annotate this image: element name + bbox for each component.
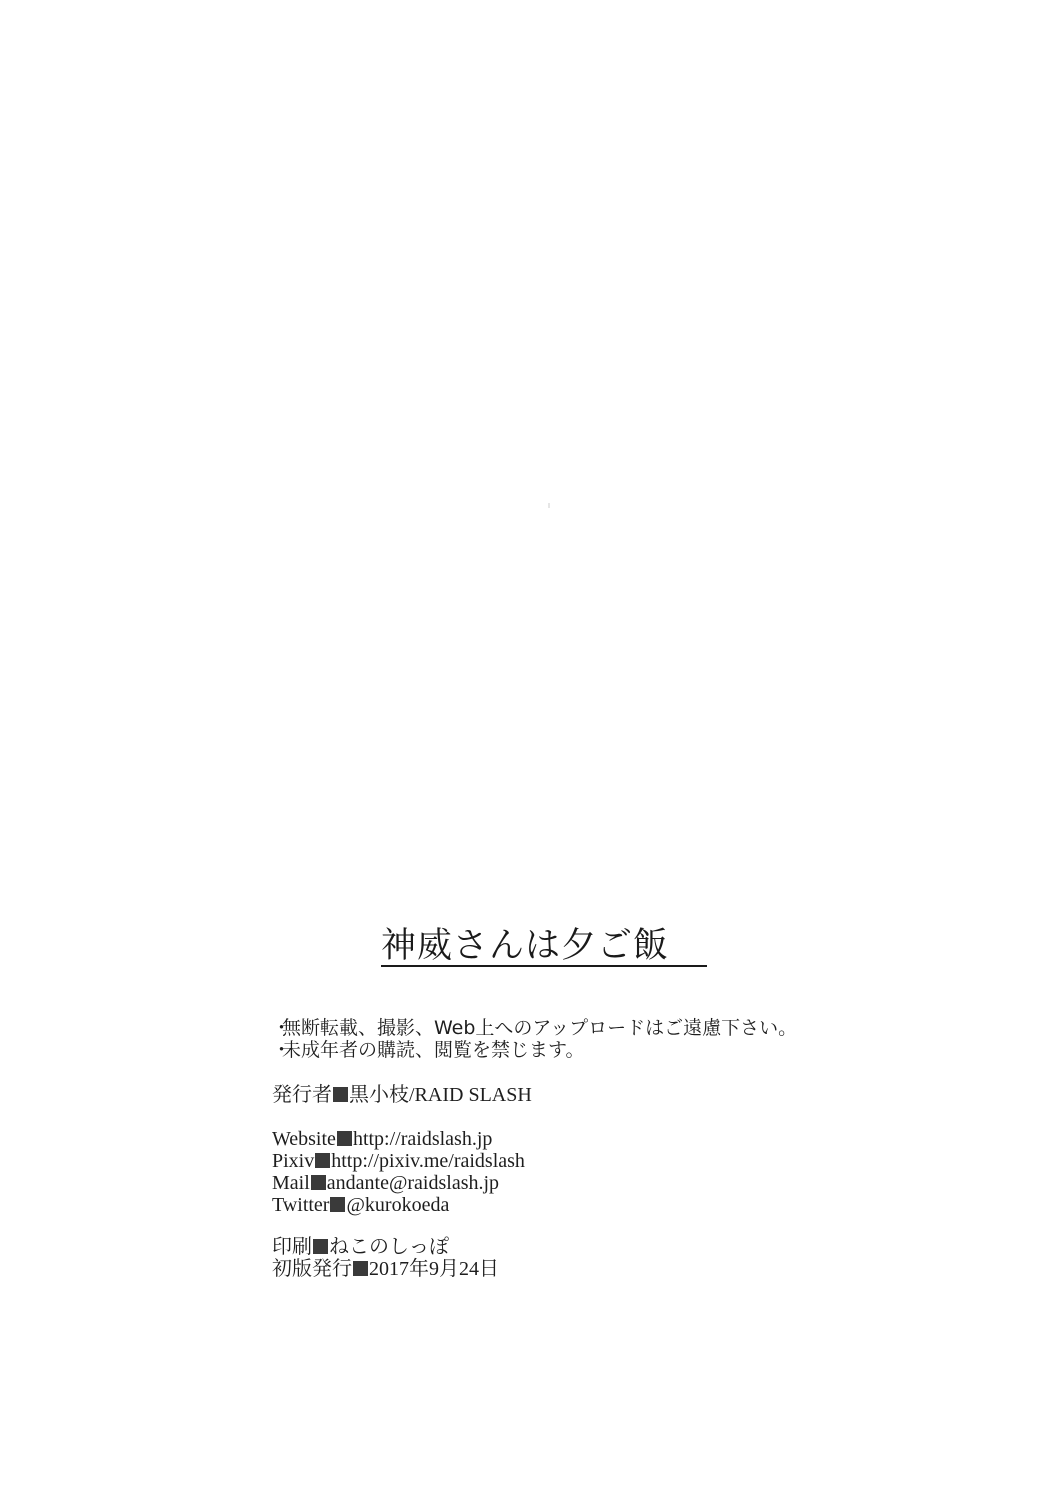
bullet-icon: ・: [272, 1039, 282, 1061]
notice-line: ・無断転載、撮影、Web上へのアップロードはご遠慮下さい。: [272, 1017, 797, 1039]
printer-label: 印刷: [272, 1236, 312, 1258]
publisher-value: 黒小枝/RAID SLASH: [349, 1084, 532, 1106]
square-separator-icon: [330, 1197, 345, 1212]
publisher-line: 発行者黒小枝/RAID SLASH: [272, 1084, 532, 1106]
mail-address: andante@raidslash.jp: [327, 1172, 499, 1194]
square-separator-icon: [311, 1175, 326, 1190]
paper-speck: [548, 503, 550, 508]
website-link: http://raidslash.jp: [353, 1128, 492, 1150]
square-separator-icon: [337, 1131, 352, 1146]
bullet-icon: ・: [272, 1017, 282, 1039]
contact-website: Websitehttp://raidslash.jp: [272, 1128, 525, 1150]
notices: ・無断転載、撮影、Web上へのアップロードはご遠慮下さい。 ・未成年者の購読、閲…: [272, 1017, 797, 1061]
first-edition-line: 初版発行2017年9月24日: [272, 1258, 499, 1280]
notice-text: 無断転載、撮影、Web上へのアップロードはご遠慮下さい。: [282, 1017, 797, 1039]
square-separator-icon: [333, 1087, 348, 1102]
contact-label: Pixiv: [272, 1150, 314, 1172]
square-separator-icon: [315, 1153, 330, 1168]
printer-line: 印刷ねこのしっぽ: [272, 1236, 499, 1258]
notice-line: ・未成年者の購読、閲覧を禁じます。: [272, 1039, 797, 1061]
title-underline: [381, 965, 707, 967]
contact-pixiv: Pixivhttp://pixiv.me/raidslash: [272, 1150, 525, 1172]
printer-value: ねこのしっぽ: [329, 1236, 449, 1258]
pixiv-link: http://pixiv.me/raidslash: [331, 1150, 525, 1172]
publisher-label: 発行者: [272, 1084, 332, 1106]
colophon-page: 神威さんは夕ご飯 ・無断転載、撮影、Web上へのアップロードはご遠慮下さい。 ・…: [0, 0, 1050, 1492]
first-edition-date: 2017年9月24日: [369, 1258, 499, 1280]
square-separator-icon: [353, 1261, 368, 1276]
contact-label: Twitter: [272, 1194, 329, 1216]
contact-twitter: Twitter@kurokoeda: [272, 1194, 525, 1216]
first-edition-label: 初版発行: [272, 1258, 352, 1280]
notice-text: 未成年者の購読、閲覧を禁じます。: [282, 1039, 584, 1061]
book-title: 神威さんは夕ご飯: [381, 926, 707, 966]
contact-mail: Mailandante@raidslash.jp: [272, 1172, 525, 1194]
twitter-handle: @kurokoeda: [346, 1194, 449, 1216]
printing-info: 印刷ねこのしっぽ 初版発行2017年9月24日: [272, 1236, 499, 1280]
contacts: Websitehttp://raidslash.jp Pixivhttp://p…: [272, 1128, 525, 1216]
contact-label: Website: [272, 1128, 336, 1150]
square-separator-icon: [313, 1239, 328, 1254]
contact-label: Mail: [272, 1172, 310, 1194]
